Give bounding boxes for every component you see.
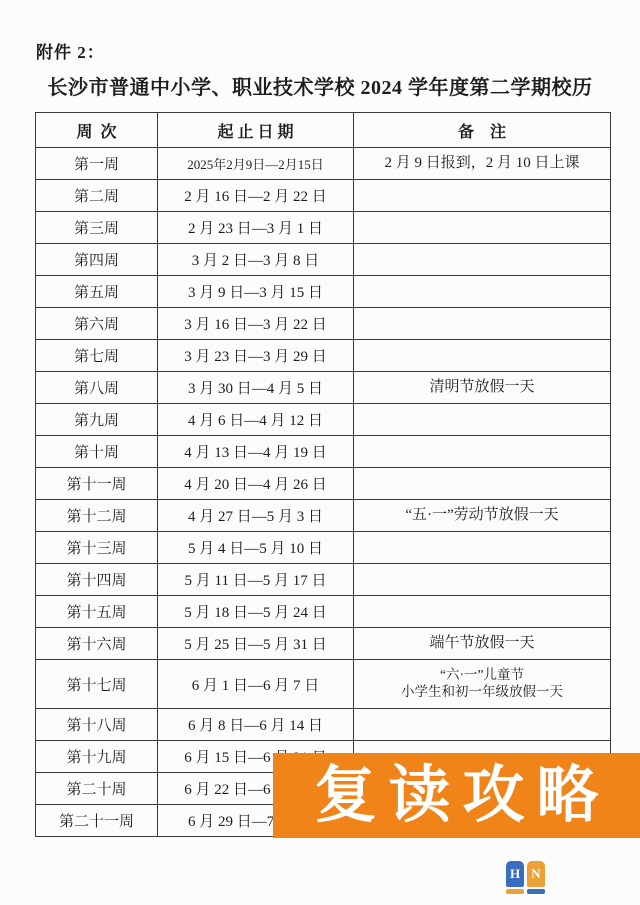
header-note: 备 注 (354, 113, 611, 148)
week-cell: 第十六周 (36, 628, 158, 660)
table-row: 第十二周4 月 27 日—5 月 3 日“五·一”劳动节放假一天 (36, 500, 611, 532)
dates-cell: 3 月 9 日—3 月 15 日 (158, 276, 354, 308)
dates-cell: 5 月 25 日—5 月 31 日 (158, 628, 354, 660)
table-row: 第九周4 月 6 日—4 月 12 日 (36, 404, 611, 436)
note-cell (354, 532, 611, 564)
promo-overlay-text: 复读攻略 (302, 765, 610, 827)
dates-cell: 6 月 1 日—6 月 7 日 (158, 660, 354, 709)
note-cell (354, 180, 611, 212)
dates-cell: 4 月 13 日—4 月 19 日 (158, 436, 354, 468)
week-cell: 第七周 (36, 340, 158, 372)
table-header-row: 周 次 起 止 日 期 备 注 (36, 113, 611, 148)
table-row: 第四周3 月 2 日—3 月 8 日 (36, 244, 611, 276)
dates-cell: 5 月 11 日—5 月 17 日 (158, 564, 354, 596)
dates-cell: 5 月 18 日—5 月 24 日 (158, 596, 354, 628)
table-row: 第六周3 月 16 日—3 月 22 日 (36, 308, 611, 340)
note-cell (354, 404, 611, 436)
dates-cell: 5 月 4 日—5 月 10 日 (158, 532, 354, 564)
dates-cell: 4 月 6 日—4 月 12 日 (158, 404, 354, 436)
note-cell: 2 月 9 日报到，2 月 10 日上课 (354, 148, 611, 180)
hn-logo-bar-right (527, 889, 545, 894)
note-cell (354, 596, 611, 628)
hn-logo-right-column: N (527, 861, 545, 899)
table-row: 第十三周5 月 4 日—5 月 10 日 (36, 532, 611, 564)
attachment-label: 附件 2： (36, 38, 105, 63)
week-cell: 第十八周 (36, 709, 158, 741)
dates-cell: 3 月 30 日—4 月 5 日 (158, 372, 354, 404)
note-cell (354, 308, 611, 340)
week-cell: 第二周 (36, 180, 158, 212)
table-row: 第十四周5 月 11 日—5 月 17 日 (36, 564, 611, 596)
table-row: 第八周3 月 30 日—4 月 5 日清明节放假一天 (36, 372, 611, 404)
hn-logo-letter-h: H (506, 861, 524, 887)
week-cell: 第十三周 (36, 532, 158, 564)
note-cell (354, 212, 611, 244)
week-cell: 第三周 (36, 212, 158, 244)
week-cell: 第四周 (36, 244, 158, 276)
dates-cell: 4 月 20 日—4 月 26 日 (158, 468, 354, 500)
week-cell: 第十七周 (36, 660, 158, 709)
note-cell (354, 340, 611, 372)
table-row: 第七周3 月 23 日—3 月 29 日 (36, 340, 611, 372)
week-cell: 第十二周 (36, 500, 158, 532)
calendar-table: 周 次 起 止 日 期 备 注 第一周2025年2月9日—2月15日2 月 9 … (35, 112, 611, 837)
hn-logo-letter-n: N (527, 861, 545, 887)
header-dates: 起 止 日 期 (158, 113, 354, 148)
week-cell: 第二十一周 (36, 805, 158, 837)
week-cell: 第十一周 (36, 468, 158, 500)
header-week: 周 次 (36, 113, 158, 148)
note-cell (354, 709, 611, 741)
dates-cell: 2025年2月9日—2月15日 (158, 148, 354, 180)
table-row: 第十七周6 月 1 日—6 月 7 日“六·一”儿童节 小学生和初一年级放假一天 (36, 660, 611, 709)
week-cell: 第十九周 (36, 741, 158, 773)
note-cell: 清明节放假一天 (354, 372, 611, 404)
week-cell: 第一周 (36, 148, 158, 180)
table-row: 第十周4 月 13 日—4 月 19 日 (36, 436, 611, 468)
table-row: 第十五周5 月 18 日—5 月 24 日 (36, 596, 611, 628)
note-cell: 端午节放假一天 (354, 628, 611, 660)
table-row: 第十六周5 月 25 日—5 月 31 日端午节放假一天 (36, 628, 611, 660)
table-row: 第三周2 月 23 日—3 月 1 日 (36, 212, 611, 244)
promo-overlay-banner: 复读攻略 (273, 753, 640, 838)
table-row: 第十一周4 月 20 日—4 月 26 日 (36, 468, 611, 500)
note-cell (354, 436, 611, 468)
week-cell: 第八周 (36, 372, 158, 404)
hn-logo: H N (506, 861, 548, 899)
week-cell: 第十周 (36, 436, 158, 468)
table-row: 第二周2 月 16 日—2 月 22 日 (36, 180, 611, 212)
table-row: 第五周3 月 9 日—3 月 15 日 (36, 276, 611, 308)
hn-logo-bar-left (506, 889, 524, 894)
week-cell: 第二十周 (36, 773, 158, 805)
note-cell: “五·一”劳动节放假一天 (354, 500, 611, 532)
note-cell (354, 244, 611, 276)
note-cell (354, 564, 611, 596)
table-row: 第十八周6 月 8 日—6 月 14 日 (36, 709, 611, 741)
dates-cell: 3 月 2 日—3 月 8 日 (158, 244, 354, 276)
dates-cell: 2 月 16 日—2 月 22 日 (158, 180, 354, 212)
page-title: 长沙市普通中小学、职业技术学校 2024 学年度第二学期校历 (0, 71, 640, 100)
dates-cell: 3 月 23 日—3 月 29 日 (158, 340, 354, 372)
table-row: 第一周2025年2月9日—2月15日2 月 9 日报到，2 月 10 日上课 (36, 148, 611, 180)
dates-cell: 3 月 16 日—3 月 22 日 (158, 308, 354, 340)
week-cell: 第十四周 (36, 564, 158, 596)
note-cell: “六·一”儿童节 小学生和初一年级放假一天 (354, 660, 611, 709)
week-cell: 第十五周 (36, 596, 158, 628)
dates-cell: 2 月 23 日—3 月 1 日 (158, 212, 354, 244)
week-cell: 第九周 (36, 404, 158, 436)
dates-cell: 6 月 8 日—6 月 14 日 (158, 709, 354, 741)
dates-cell: 4 月 27 日—5 月 3 日 (158, 500, 354, 532)
hn-logo-left-column: H (506, 861, 524, 899)
note-cell (354, 468, 611, 500)
week-cell: 第六周 (36, 308, 158, 340)
week-cell: 第五周 (36, 276, 158, 308)
note-cell (354, 276, 611, 308)
